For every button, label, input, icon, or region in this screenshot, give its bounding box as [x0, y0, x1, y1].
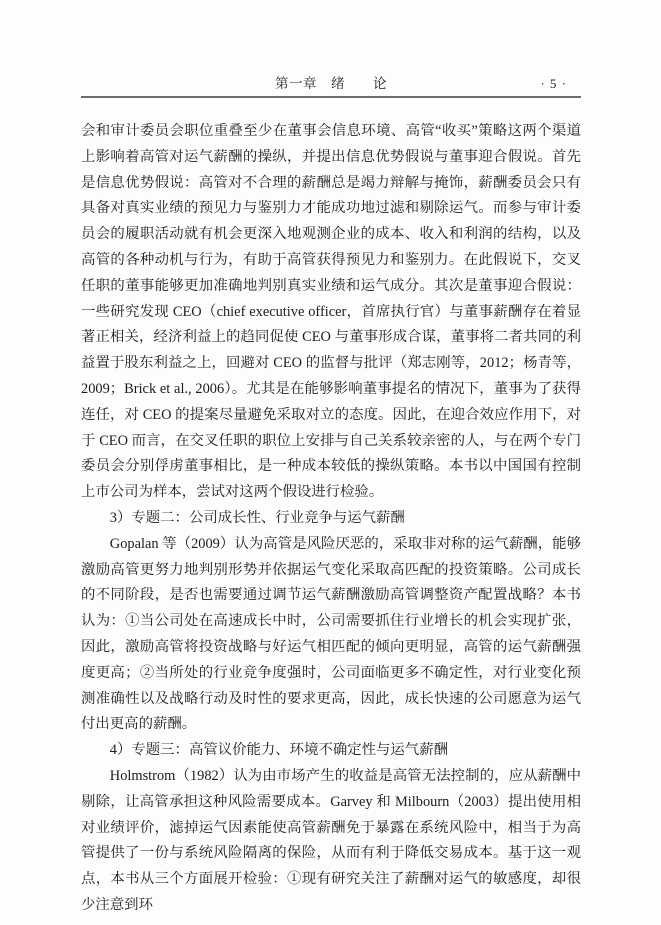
paragraph: Holmstrom（1982）认为由市场产生的收益是高管无法控制的，应从薪酬中剔… — [81, 764, 581, 919]
page-header: 第一章 绪 论 · 5 · — [81, 76, 581, 93]
paragraph: 会和审计委员会职位重叠至少在董事会信息环境、高管“收买”策略这两个渠道上影响着高… — [81, 119, 581, 506]
section-heading: 4）专题三：高管议价能力、环境不确定性与运气薪酬 — [81, 738, 581, 764]
header-rule — [81, 96, 581, 98]
paragraph: Gopalan 等（2009）认为高管是风险厌恶的，采取非对称的运气薪酬，能够激… — [81, 532, 581, 738]
page-body: 会和审计委员会职位重叠至少在董事会信息环境、高管“收买”策略这两个渠道上影响着高… — [81, 119, 581, 919]
section-heading: 3）专题二：公司成长性、行业竞争与运气薪酬 — [81, 506, 581, 532]
chapter-title: 第一章 绪 论 — [81, 76, 581, 91]
book-page: 第一章 绪 论 · 5 · 会和审计委员会职位重叠至少在董事会信息环境、高管“收… — [0, 0, 661, 925]
page-number: · 5 · — [540, 76, 567, 91]
